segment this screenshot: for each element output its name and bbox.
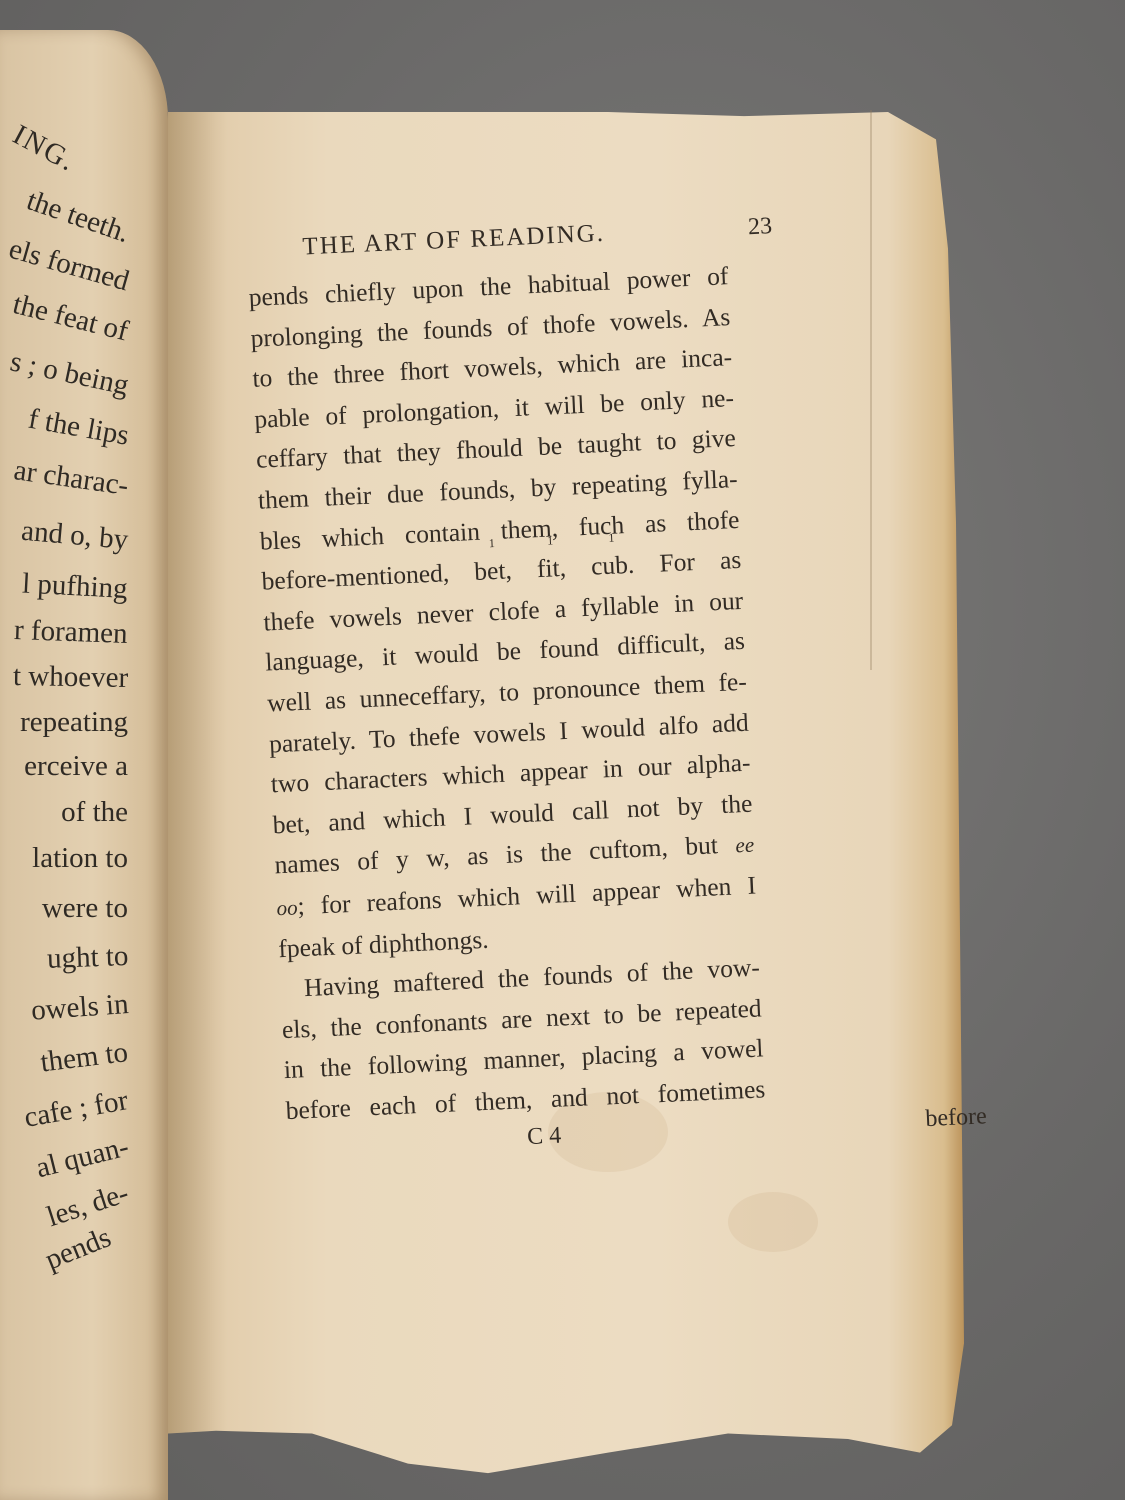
example-word: 1fit,: [536, 548, 567, 590]
left-line: owels in: [30, 990, 129, 1026]
italic-ee: ee: [735, 833, 755, 858]
italic-oo: oo: [276, 895, 298, 920]
text-fragment: before-mentioned,: [261, 558, 450, 595]
left-line: t whoever: [13, 662, 129, 693]
left-line: lation to: [32, 844, 128, 873]
left-line: ught to: [46, 942, 128, 974]
left-line: of the: [61, 798, 128, 827]
catchword: before: [925, 1104, 987, 1134]
page-crease: [870, 110, 872, 670]
text-fragment: For as: [659, 545, 742, 578]
left-line: erceive a: [24, 752, 128, 781]
example-word: 1cub.: [590, 545, 635, 588]
accent-mark: 1: [608, 532, 615, 544]
left-line: l pufhing: [22, 569, 129, 603]
left-line: r foramen: [14, 616, 128, 649]
signature-mark: C 4: [527, 1123, 562, 1152]
example-word: 1bet,: [473, 550, 512, 592]
accent-mark: 1: [547, 535, 554, 547]
right-page-text: THE ART OF READING. 23 pends chiefly upo…: [246, 212, 828, 1163]
accent-mark: 1: [489, 537, 496, 549]
left-line: repeating: [20, 708, 128, 737]
page-number: 23: [748, 213, 773, 241]
paper-stain: [728, 1192, 818, 1252]
left-line: were to: [42, 894, 128, 923]
body-text: pends chiefly upon the habitual power of…: [248, 253, 826, 1131]
